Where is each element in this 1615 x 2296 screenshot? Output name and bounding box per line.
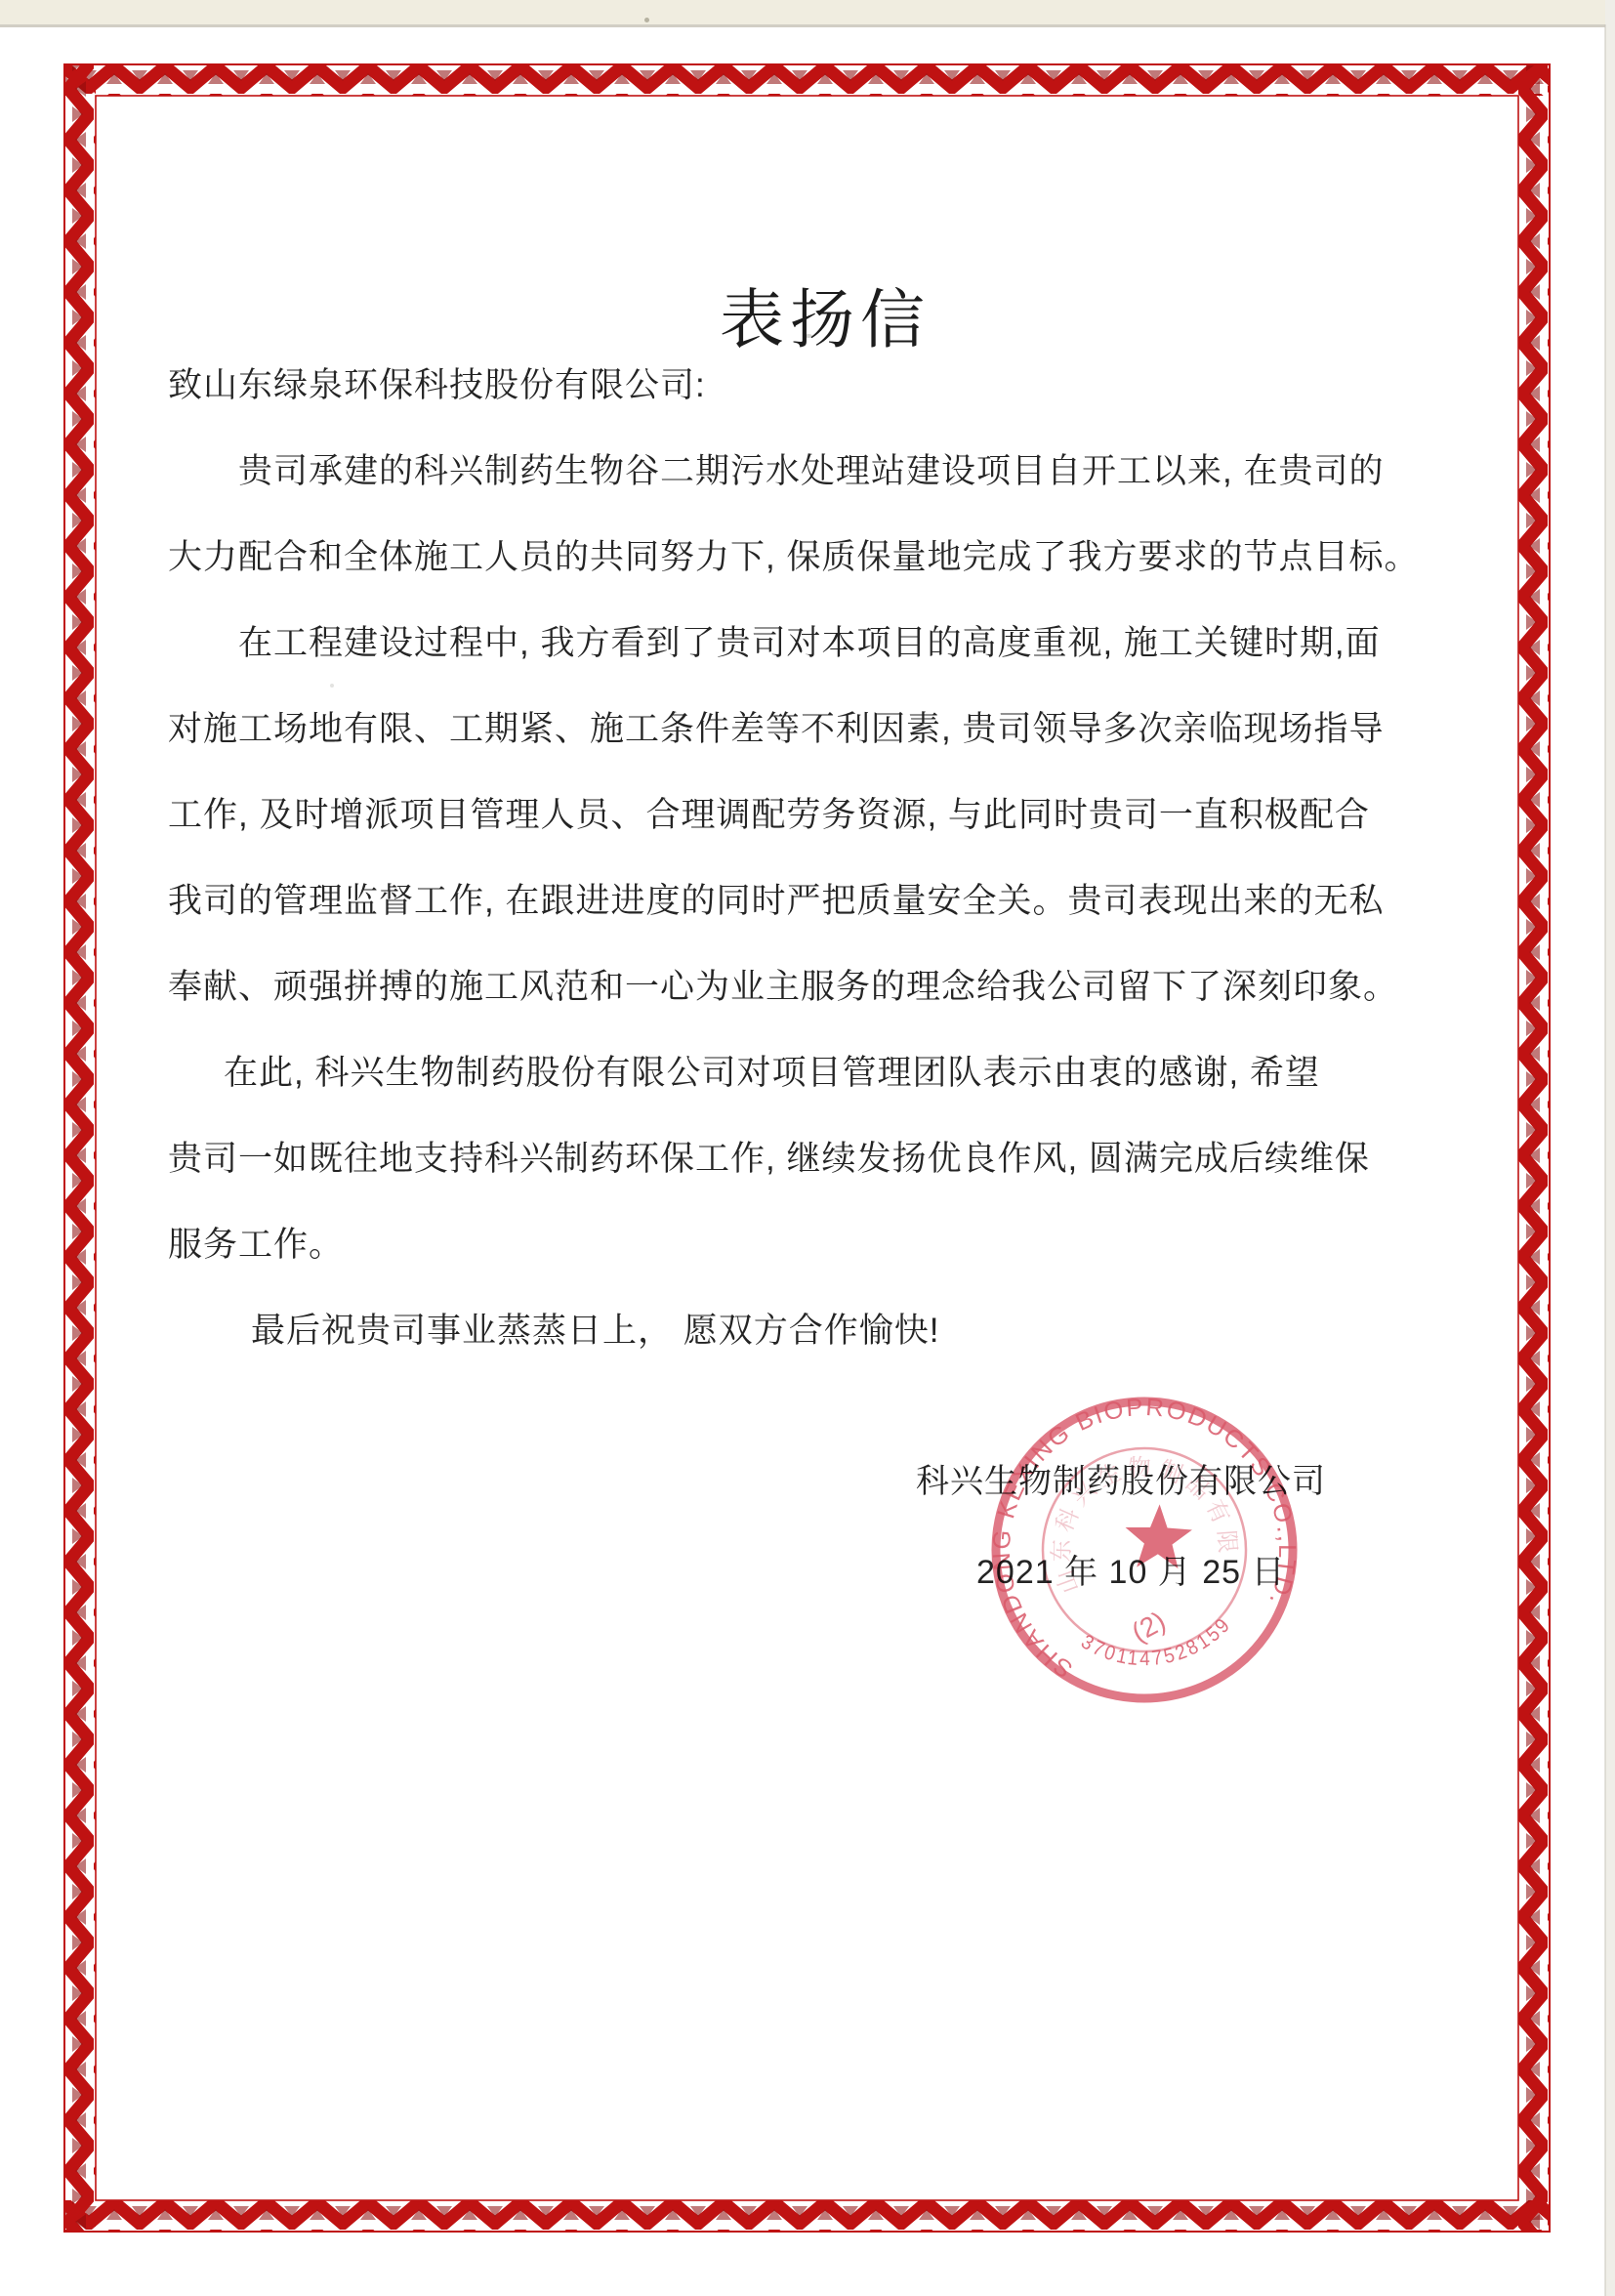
paragraph-line: 大力配合和全体施工人员的共同努力下, 保质保量地完成了我方要求的节点目标。 [168,515,1428,601]
paragraph-line: 在工程建设过程中, 我方看到了贵司对本项目的高度重视, 施工关键时期,面 [168,601,1428,687]
border-top-band [64,64,1550,96]
paragraph-line: 工作, 及时增派项目管理人员、合理调配劳务资源, 与此同时贵司一直积极配合 [168,772,1428,858]
paragraph-line: 在此, 科兴生物制药股份有限公司对项目管理团队表示由衷的感谢, 希望 [168,1030,1428,1116]
paragraph-line: 贵司承建的科兴制药生物谷二期污水处理站建设项目自开工以来, 在贵司的 [168,429,1428,515]
paragraph-line: 服务工作。 [168,1202,1428,1288]
seal-star-icon [1124,1503,1193,1568]
salutation-line: 致山东绿泉环保科技股份有限公司: [168,343,1428,429]
seal-counter: (2) [1127,1606,1171,1648]
paragraph-line: 贵司一如既往地支持科兴制药环保工作, 继续发扬优良作风, 圆满完成后续维保 [168,1116,1428,1202]
border-bottom-band [64,2200,1550,2232]
border-left-band [64,64,96,2232]
paragraph-line: 我司的管理监督工作, 在跟进进度的同时严把质量安全关。贵司表现出来的无私 [168,858,1428,944]
seal-inner-chinese-text: 山东科兴生物制品有限公司 [1032,1439,1245,1598]
company-seal-stamp: SHANDONG KEXING BIOPRODUCTS CO.,LTD. 370… [978,1384,1310,1716]
border-right-band [1518,64,1550,2232]
paragraph-line: 最后祝贵司事业蒸蒸日上， 愿双方合作愉快! [168,1288,1428,1374]
paragraph-line: 奉献、顽强拼搏的施工风范和一心为业主服务的理念给我公司留下了深刻印象。 [168,944,1428,1030]
scanned-letter-page: { "document": { "title": "表扬信", "salutat… [0,0,1615,2296]
letter-body: 致山东绿泉环保科技股份有限公司: 贵司承建的科兴制药生物谷二期污水处理站建设项目… [168,343,1428,1374]
paragraph-line: 对施工场地有限、工期紧、施工条件差等不利因素, 贵司领导多次亲临现场指导 [168,687,1428,772]
